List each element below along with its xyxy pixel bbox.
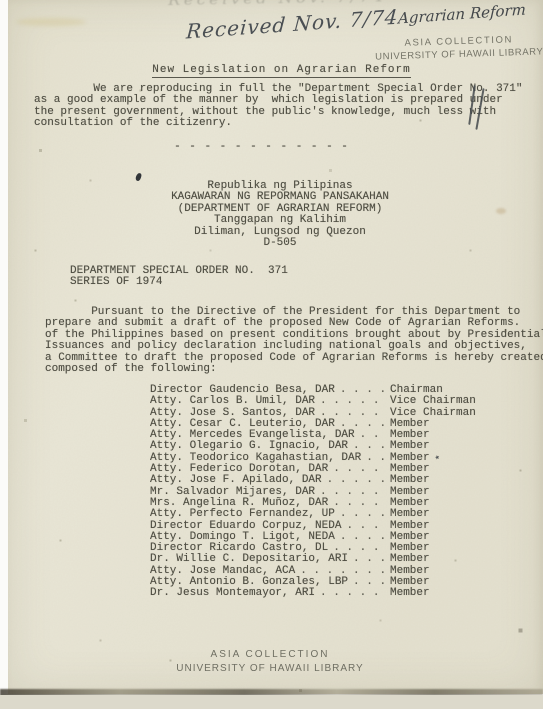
committee-row: Atty. Olegario G. Ignacio, DAR. . . . . … [150,440,500,451]
page-title: New Legislation on Agrarian Reform [152,64,410,78]
leader-dots: . . . . . . . . . . . . . . . . . . . . … [315,407,386,419]
leader-dots: . . . . . . . . . . . . . . . . . . . . … [315,486,386,498]
committee-row: Atty. Federico Dorotan, DAR. . . . . . .… [150,463,500,474]
committee-row: Atty. Antonio B. Gonzales, LBP. . . . . … [150,576,500,587]
committee-row: Dr. Willie C. Depositario, ARI. . . . . … [150,553,500,564]
member-name: Atty. Cesar C. Leuterio, DAR [150,418,335,430]
committee-row: Atty. Jose S. Santos, DAR. . . . . . . .… [150,407,500,418]
member-name: Atty. Federico Dorotan, DAR [150,463,328,475]
committee-row: Atty. Jose Mandac, ACA. . . . . . . . . … [150,565,500,576]
committee-list: Director Gaudencio Besa, DAR. . . . . . … [150,384,500,599]
leader-dots: . . . . . . . . . . . . . . . . . . . . … [348,576,386,588]
committee-row: Atty. Carlos B. Umil, DAR. . . . . . . .… [150,395,500,406]
committee-row: Atty. Teodorico Kagahastian, DAR. . . . … [150,452,500,463]
pen-tick-icon: ٭ [433,452,440,463]
leader-dots: . . . . . . . . . . . . . . . . . . . . … [328,542,386,554]
committee-row: Atty. Mercedes Evangelista, DAR. . . . .… [150,429,500,440]
series-line: SERIES OF 1974 [70,276,162,288]
leader-dots: . . . . . . . . . . . . . . . . . . . . … [361,452,386,464]
member-role: Member٭ [390,452,440,464]
paper-stain [16,18,86,26]
member-role: Member [390,508,430,520]
paper-speckles [0,0,1,1]
member-role: Member [390,486,430,498]
member-name: Atty. Carlos B. Umil, DAR [150,395,315,407]
leader-dots: . . . . . . . . . . . . . . . . . . . . … [348,440,386,452]
scan-left-margin [0,0,8,709]
committee-row: Dr. Jesus Montemayor, ARI. . . . . . . .… [150,587,500,598]
committee-row: Director Eduardo Corpuz, NEDA. . . . . .… [150,520,500,531]
committee-row: Atty. Perfecto Fernandez, UP. . . . . . … [150,508,500,519]
member-role: Member [390,565,430,577]
body-paragraph: Pursuant to the Directive of the Preside… [45,307,543,375]
leader-dots: . . . . . . . . . . . . . . . . . . . . … [295,565,386,577]
member-role: Vice Chairman [390,395,476,407]
member-role: Member [390,440,430,452]
letterhead: Republika ng Pilipinas KAGAWARAN NG REPO… [100,181,460,249]
intro-paragraph: We are reproducing in full the "Departme… [34,84,522,130]
member-name: Atty. Teodorico Kagahastian, DAR [150,452,361,464]
member-name: Atty. Jose S. Santos, DAR [150,407,315,419]
member-role: Vice Chairman [390,407,476,419]
committee-row: Director Ricardo Castro, DL. . . . . . .… [150,542,500,553]
scanned-document-page: Received Nov. 7/74 Received Nov. 7/74 Ag… [0,0,543,709]
member-name: Mr. Salvador Mijares, DAR [150,486,315,498]
order-number: DEPARTMENT SPECIAL ORDER NO. 371 [70,265,288,277]
committee-row: Director Gaudencio Besa, DAR. . . . . . … [150,384,500,395]
member-name: Atty. Olegario G. Ignacio, DAR [150,440,348,452]
member-role-text: Member [390,452,430,464]
leader-dots: . . . . . . . . . . . . . . . . . . . . … [328,463,386,475]
member-name: Director Eduardo Corpuz, NEDA [150,520,341,532]
stamp-line-1: ASIA COLLECTION [130,648,410,662]
leader-dots: . . . . . . . . . . . . . . . . . . . . … [335,508,386,520]
dashed-separator: - - - - - - - - - - - - [0,141,523,153]
leader-dots: . . . . . . . . . . . . . . . . . . . . … [322,474,386,486]
member-role: Member [390,474,430,486]
member-name: Dr. Willie C. Depositario, ARI [150,553,348,565]
member-role: Member [390,520,430,532]
member-name: Atty. Domingo T. Ligot, NEDA [150,531,335,543]
member-name: Atty. Antonio B. Gonzales, LBP [150,576,348,588]
member-name: Mrs. Angelina R. Muñoz, DAR [150,497,328,509]
leader-dots: . . . . . . . . . . . . . . . . . . . . … [341,520,386,532]
paper-stain [496,208,506,214]
member-name: Atty. Jose F. Apilado, DAR [150,474,322,486]
committee-row: Atty. Domingo T. Ligot, NEDA. . . . . . … [150,531,500,542]
leader-dots: . . . . . . . . . . . . . . . . . . . . … [315,395,386,407]
order-number-block: DEPARTMENT SPECIAL ORDER NO. 371 SERIES … [70,266,288,289]
leader-dots: . . . . . . . . . . . . . . . . . . . . … [355,429,386,441]
committee-row: Atty. Jose F. Apilado, DAR. . . . . . . … [150,474,500,485]
member-name: Atty. Mercedes Evangelista, DAR [150,429,355,441]
scan-background-strip [0,695,543,709]
asia-collection-stamp-bottom: ASIA COLLECTION UNIVERSITY OF HAWAII LIB… [130,648,410,675]
member-role: Member [390,587,430,599]
stamp-line-2: UNIVERSITY OF HAWAII LIBRARY [130,662,410,676]
leader-dots: . . . . . . . . . . . . . . . . . . . . … [315,587,386,599]
member-name: Atty. Perfecto Fernandez, UP [150,508,335,520]
leader-dots: . . . . . . . . . . . . . . . . . . . . … [348,553,386,565]
committee-row: Mr. Salvador Mijares, DAR. . . . . . . .… [150,486,500,497]
member-name: Director Ricardo Castro, DL [150,542,328,554]
title-row: New Legislation on Agrarian Reform [20,59,543,78]
member-name: Director Gaudencio Besa, DAR [150,384,335,396]
member-name: Atty. Jose Mandac, ACA [150,565,295,577]
leader-dots: . . . . . . . . . . . . . . . . . . . . … [328,497,386,509]
committee-row: Atty. Cesar C. Leuterio, DAR. . . . . . … [150,418,500,429]
committee-row: Mrs. Angelina R. Muñoz, DAR. . . . . . .… [150,497,500,508]
member-name: Dr. Jesus Montemayor, ARI [150,587,315,599]
leader-dots: . . . . . . . . . . . . . . . . . . . . … [335,418,386,430]
leader-dots: . . . . . . . . . . . . . . . . . . . . … [335,384,386,396]
member-role: Member [390,553,430,565]
leader-dots: . . . . . . . . . . . . . . . . . . . . … [335,531,386,543]
